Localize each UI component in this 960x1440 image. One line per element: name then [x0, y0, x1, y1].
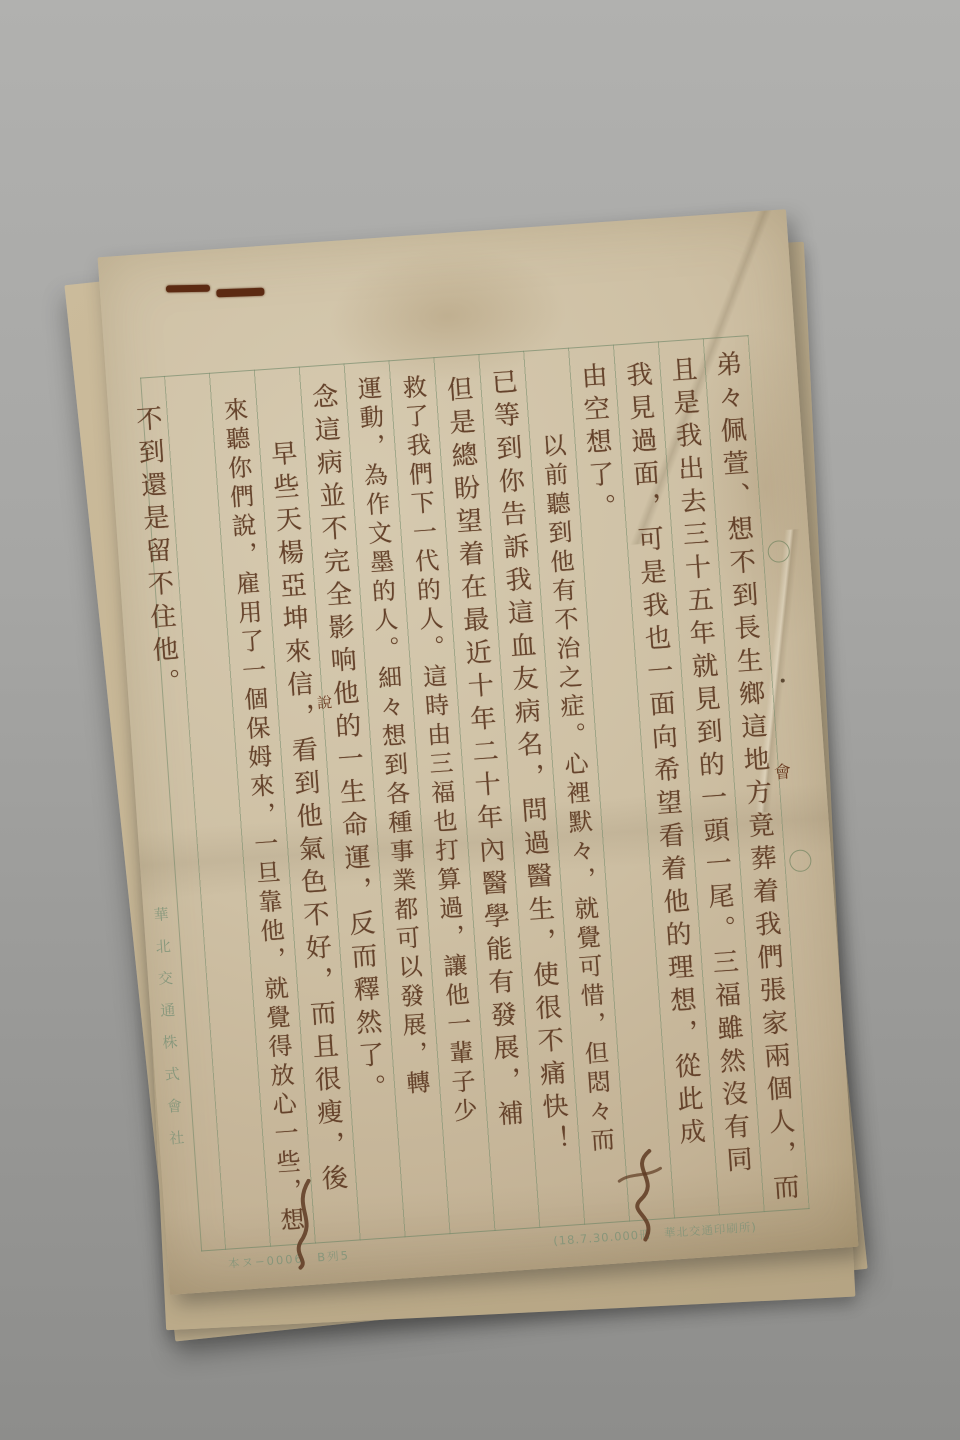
ink-stroke-right — [609, 1146, 672, 1246]
inserted-character-shuo: 說 — [314, 694, 336, 710]
photo-backdrop: 華北交通株式會社 本ヌ−0006 B列5 (18.7.30.000冊 華北交通印… — [0, 0, 960, 1440]
ink-stroke-left — [280, 1178, 326, 1273]
registration-circle-bottom — [789, 849, 812, 872]
inserted-character-hui: 會 — [768, 762, 794, 781]
staple-rust-stain — [166, 285, 210, 293]
letter-paper: 華北交通株式會社 本ヌ−0006 B列5 (18.7.30.000冊 華北交通印… — [98, 209, 859, 1295]
staple-rust-stain — [216, 288, 264, 298]
paper-surface: 華北交通株式會社 本ヌ−0006 B列5 (18.7.30.000冊 華北交通印… — [98, 209, 859, 1295]
